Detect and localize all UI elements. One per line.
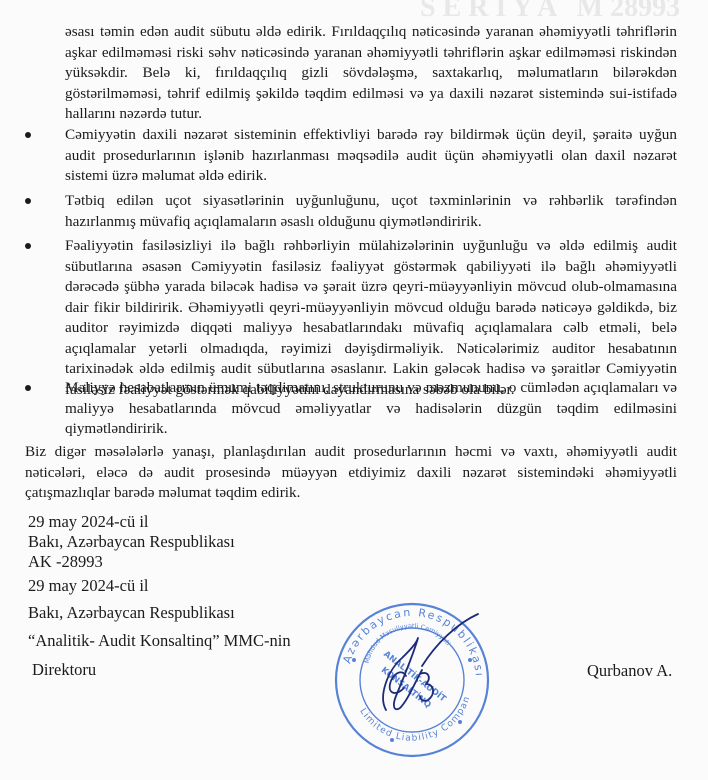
company-stamp-icon: Azərbaycan Respublikası Limited Liabilit… bbox=[332, 600, 492, 760]
report-location: Bakı, Azərbaycan Respublikası bbox=[28, 532, 235, 552]
bullet-text: Cəmiyyətin daxili nəzarət sisteminin eff… bbox=[65, 125, 677, 187]
bullet-icon bbox=[25, 198, 31, 204]
document-page: S E R İ Y A M 28993 əsası təmin edən aud… bbox=[0, 0, 708, 780]
bullet-icon bbox=[25, 243, 31, 249]
signature-date: 29 may 2024-cü il bbox=[28, 576, 149, 596]
license-number: AK -28993 bbox=[28, 552, 103, 572]
signer-title: Direktoru bbox=[32, 660, 96, 680]
bullet-text: Maliyyə hesabatlarının ümumi təqdimatını… bbox=[65, 378, 677, 440]
bullet-icon bbox=[25, 385, 31, 391]
bleed-through-text: S E R İ Y A M 28993 bbox=[420, 0, 680, 24]
company-name: “Analitik- Audit Konsaltinq” MMC-nin bbox=[28, 631, 291, 651]
signer-name: Qurbanov A. bbox=[587, 661, 672, 681]
bullet-icon bbox=[25, 132, 31, 138]
bullet-text: Fəaliyyətin fasiləsizliyi ilə bağlı rəhb… bbox=[65, 236, 677, 400]
bullet-text: Tətbiq edilən uçot siyasətlərinin uyğunl… bbox=[65, 191, 677, 232]
paragraph-closing: Biz digər məsələlərlə yanaşı, planlaşdır… bbox=[25, 442, 677, 504]
paragraph-intro: əsası təmin edən audit sübutu əldə ediri… bbox=[65, 22, 677, 125]
signature-location: Bakı, Azərbaycan Respublikası bbox=[28, 603, 235, 623]
report-date: 29 may 2024-cü il bbox=[28, 512, 149, 532]
